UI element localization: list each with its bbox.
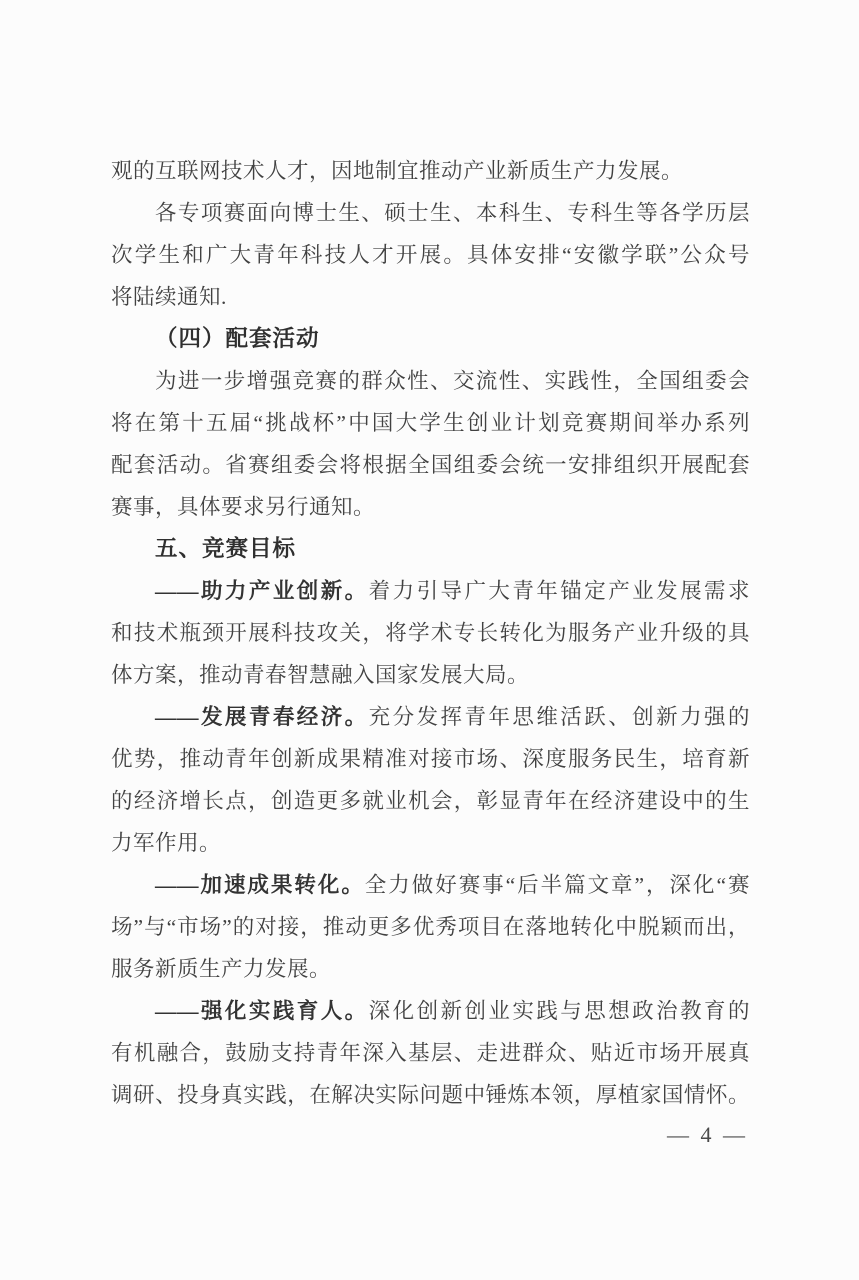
paragraph-tracks-line: 各专项赛面向博士生、硕士生、本科生、专科生等各学历层 bbox=[111, 192, 750, 234]
section-heading-supporting-activities: （四）配套活动 bbox=[111, 318, 750, 360]
goal4-text: 深化创新创业实践与思想政治教育的 bbox=[369, 999, 750, 1023]
goal3-text: 全力做好赛事“后半篇文章”，深化“赛 bbox=[365, 873, 750, 897]
goal-paragraph-line: 体方案，推动青春智慧融入国家发展大局。 bbox=[111, 654, 750, 696]
paragraph-section4-line: 赛事，具体要求另行通知。 bbox=[111, 486, 750, 528]
document-page: 观的互联网技术人才，因地制宜推动产业新质生产力发展。 各专项赛面向博士生、硕士生… bbox=[0, 0, 859, 1280]
goal-paragraph-line: 和技术瓶颈开展科技攻关，将学术专长转化为服务产业升级的具 bbox=[111, 612, 750, 654]
page-number: — 4 — bbox=[667, 1122, 748, 1148]
goal4-lead: ——强化实践育人。 bbox=[155, 999, 369, 1023]
paragraph-section4-line: 为进一步增强竞赛的群众性、交流性、实践性，全国组委会 bbox=[111, 360, 750, 402]
goal-paragraph-line: 优势，推动青年创新成果精准对接市场、深度服务民生，培育新 bbox=[111, 738, 750, 780]
goal2-text: 充分发挥青年思维活跃、创新力强的 bbox=[369, 705, 750, 729]
goal-paragraph-line: 力军作用。 bbox=[111, 822, 750, 864]
paragraph-tracks-line: 将陆续通知. bbox=[111, 276, 750, 318]
document-body: 观的互联网技术人才，因地制宜推动产业新质生产力发展。 各专项赛面向博士生、硕士生… bbox=[111, 150, 750, 1116]
goal-paragraph-line: 有机融合，鼓励支持青年深入基层、走进群众、贴近市场开展真 bbox=[111, 1032, 750, 1074]
goal-paragraph-line: ——强化实践育人。深化创新创业实践与思想政治教育的 bbox=[111, 990, 750, 1032]
goal3-lead: ——加速成果转化。 bbox=[155, 873, 365, 897]
goal-paragraph-line: 的经济增长点，创造更多就业机会，彰显青年在经济建设中的生 bbox=[111, 780, 750, 822]
goal-paragraph-line: ——助力产业创新。着力引导广大青年锚定产业发展需求 bbox=[111, 570, 750, 612]
paragraph-intro-line: 观的互联网技术人才，因地制宜推动产业新质生产力发展。 bbox=[111, 150, 750, 192]
goal-paragraph-line: 服务新质生产力发展。 bbox=[111, 948, 750, 990]
goal-paragraph-line: ——发展青春经济。充分发挥青年思维活跃、创新力强的 bbox=[111, 696, 750, 738]
goal-paragraph-line: ——加速成果转化。全力做好赛事“后半篇文章”，深化“赛 bbox=[111, 864, 750, 906]
goal-paragraph-line: 场”与“市场”的对接，推动更多优秀项目在落地转化中脱颖而出， bbox=[111, 906, 750, 948]
goal2-lead: ——发展青春经济。 bbox=[155, 705, 369, 729]
goal1-text: 着力引导广大青年锚定产业发展需求 bbox=[369, 579, 750, 603]
paragraph-section4-line: 配套活动。省赛组委会将根据全国组委会统一安排组织开展配套 bbox=[111, 444, 750, 486]
paragraph-tracks-line: 次学生和广大青年科技人才开展。具体安排“安徽学联”公众号 bbox=[111, 234, 750, 276]
paragraph-section4-line: 将在第十五届“挑战杯”中国大学生创业计划竞赛期间举办系列 bbox=[111, 402, 750, 444]
section-heading-competition-goals: 五、竞赛目标 bbox=[111, 528, 750, 570]
goal-paragraph-line: 调研、投身真实践，在解决实际问题中锤炼本领，厚植家国情怀。 bbox=[111, 1074, 750, 1116]
goal1-lead: ——助力产业创新。 bbox=[155, 579, 369, 603]
